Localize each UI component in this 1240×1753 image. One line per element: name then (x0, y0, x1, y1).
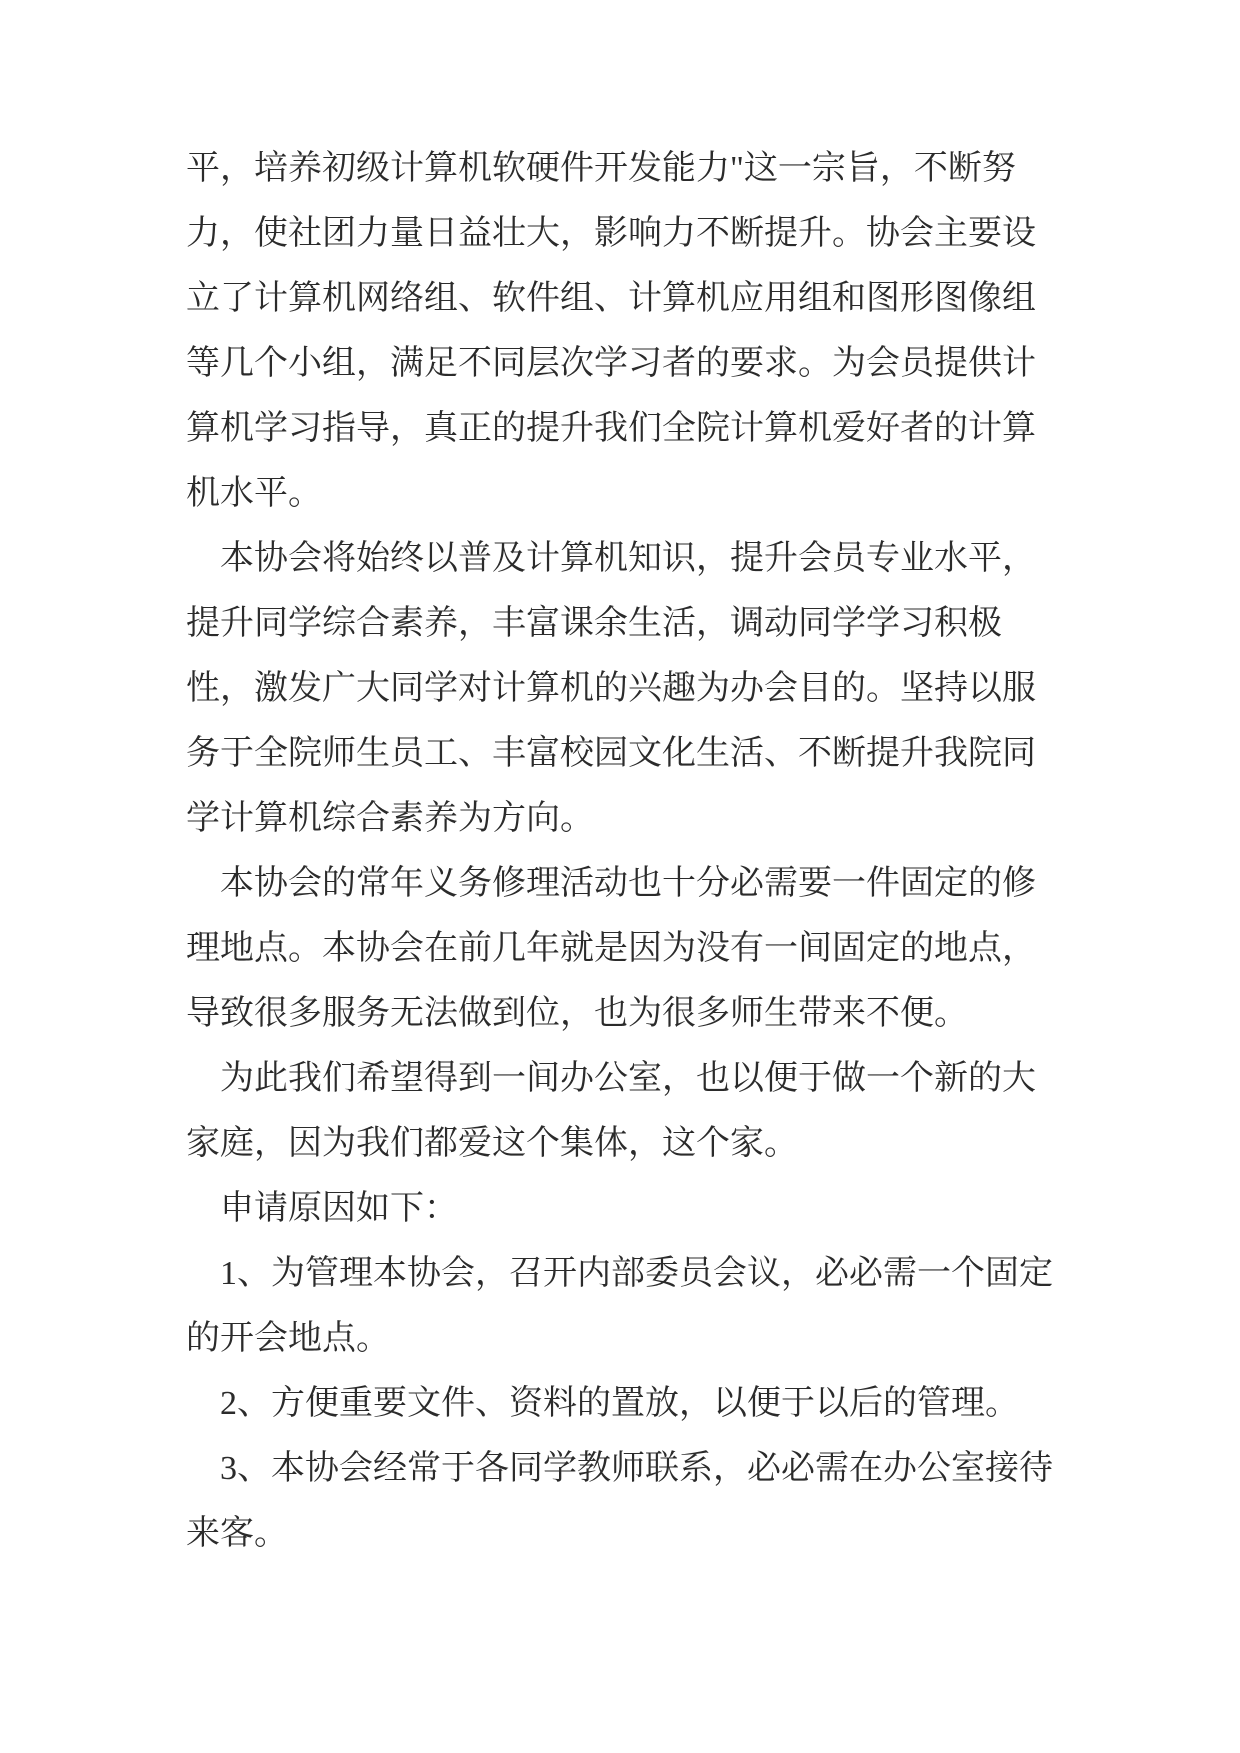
text-line: 立了计算机网络组、软件组、计算机应用组和图形图像组 (186, 266, 1042, 331)
text-line: 等几个小组，满足不同层次学习者的要求。为会员提供计 (186, 331, 1042, 396)
text-line: 申请原因如下： (186, 1176, 1042, 1241)
text-line: 机水平。 (186, 461, 1042, 526)
paragraph: 3、本协会经常于各同学教师联系，必必需在办公室接待来客。 (186, 1436, 1042, 1566)
text-line: 算机学习指导，真正的提升我们全院计算机爱好者的计算 (186, 396, 1042, 461)
text-line: 提升同学综合素养，丰富课余生活，调动同学学习积极 (186, 591, 1042, 656)
text-line: 平，培养初级计算机软硬件开发能力"这一宗旨，不断努 (186, 136, 1042, 201)
text-line: 力，使社团力量日益壮大，影响力不断提升。协会主要设 (186, 201, 1042, 266)
text-line: 为此我们希望得到一间办公室，也以便于做一个新的大 (186, 1046, 1042, 1111)
text-line: 学计算机综合素养为方向。 (186, 786, 1042, 851)
document-body: 平，培养初级计算机软硬件开发能力"这一宗旨，不断努力，使社团力量日益壮大，影响力… (186, 136, 1042, 1566)
text-line: 务于全院师生员工、丰富校园文化生活、不断提升我院同 (186, 721, 1042, 786)
text-line: 理地点。本协会在前几年就是因为没有一间固定的地点， (186, 916, 1042, 981)
text-line: 来客。 (186, 1501, 1042, 1566)
paragraph: 2、方便重要文件、资料的置放，以便于以后的管理。 (186, 1371, 1042, 1436)
text-line: 的开会地点。 (186, 1306, 1042, 1371)
document-page: 平，培养初级计算机软硬件开发能力"这一宗旨，不断努力，使社团力量日益壮大，影响力… (0, 0, 1240, 1753)
paragraph: 本协会将始终以普及计算机知识，提升会员专业水平，提升同学综合素养，丰富课余生活，… (186, 526, 1042, 851)
text-line: 3、本协会经常于各同学教师联系，必必需在办公室接待 (186, 1436, 1042, 1501)
paragraph: 平，培养初级计算机软硬件开发能力"这一宗旨，不断努力，使社团力量日益壮大，影响力… (186, 136, 1042, 526)
text-line: 本协会将始终以普及计算机知识，提升会员专业水平， (186, 526, 1042, 591)
text-line: 性，激发广大同学对计算机的兴趣为办会目的。坚持以服 (186, 656, 1042, 721)
text-line: 家庭，因为我们都爱这个集体，这个家。 (186, 1111, 1042, 1176)
text-line: 导致很多服务无法做到位，也为很多师生带来不便。 (186, 981, 1042, 1046)
paragraph: 申请原因如下： (186, 1176, 1042, 1241)
paragraph: 为此我们希望得到一间办公室，也以便于做一个新的大家庭，因为我们都爱这个集体，这个… (186, 1046, 1042, 1176)
text-line: 1、为管理本协会，召开内部委员会议，必必需一个固定 (186, 1241, 1042, 1306)
text-line: 2、方便重要文件、资料的置放，以便于以后的管理。 (186, 1371, 1042, 1436)
text-line: 本协会的常年义务修理活动也十分必需要一件固定的修 (186, 851, 1042, 916)
paragraph: 1、为管理本协会，召开内部委员会议，必必需一个固定的开会地点。 (186, 1241, 1042, 1371)
paragraph: 本协会的常年义务修理活动也十分必需要一件固定的修理地点。本协会在前几年就是因为没… (186, 851, 1042, 1046)
